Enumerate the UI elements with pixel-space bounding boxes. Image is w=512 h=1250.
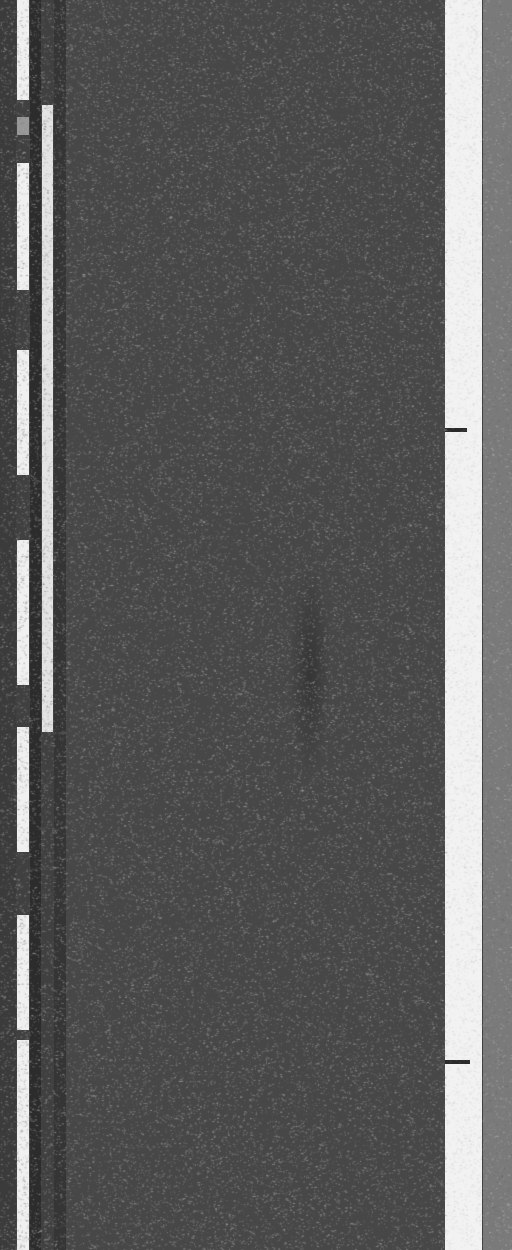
lane-dash	[17, 0, 29, 100]
right-shoulder	[483, 0, 512, 1250]
lane-dash	[17, 540, 29, 685]
lane-dash	[17, 915, 29, 1030]
lane-dash	[17, 727, 29, 852]
crack-mark	[445, 1060, 470, 1064]
lane-dash	[17, 163, 29, 290]
asphalt-lane	[66, 0, 445, 1250]
gap-between-lines	[30, 0, 41, 1250]
road-aerial-photo	[0, 0, 512, 1250]
left-shoulder	[0, 0, 16, 1250]
crack-mark	[445, 428, 467, 432]
tire-wear-track	[290, 560, 330, 780]
lane-dash	[17, 350, 29, 475]
left-gutter	[54, 0, 66, 1250]
lane-dash	[17, 117, 29, 135]
left-solid-edge-line	[42, 105, 53, 732]
lane-dash	[17, 1040, 29, 1250]
